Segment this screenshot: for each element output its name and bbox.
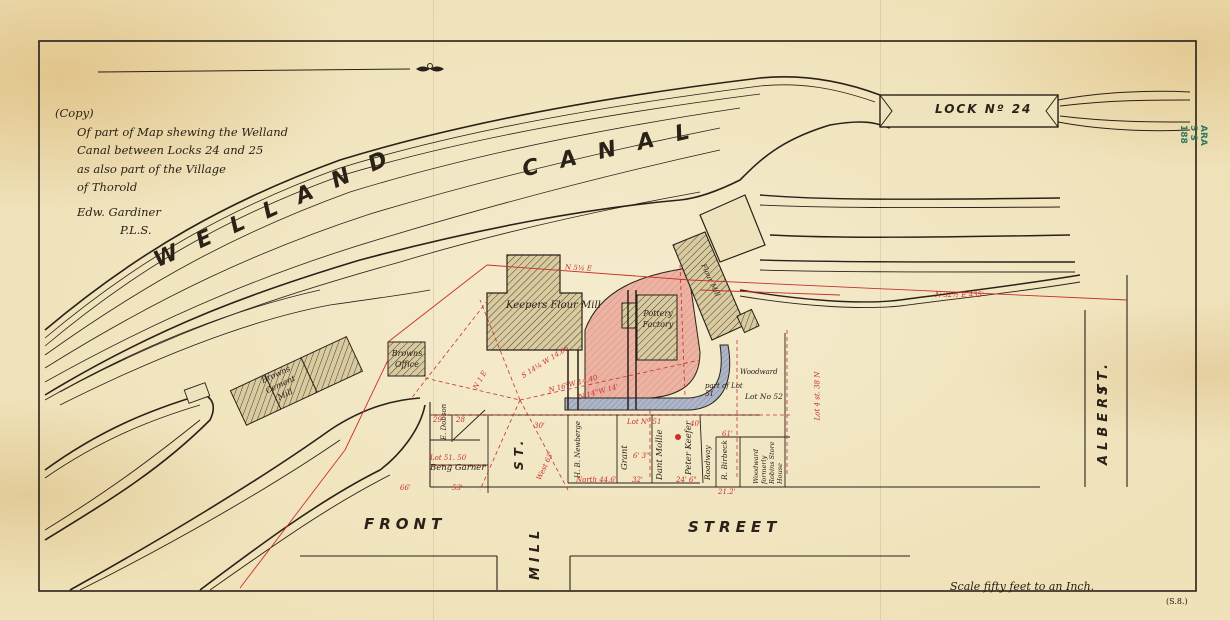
- dimension-label: 29: [433, 416, 442, 424]
- lot-woodward: Woodward formerly Robins Store House: [752, 439, 784, 484]
- pottery-factory-label: Pottery Factory: [642, 308, 674, 330]
- lot-grant: Grant: [620, 445, 630, 470]
- scale-note: Scale fifty feet to an Inch.: [950, 580, 1094, 593]
- lot-beng-garner: Beng Garner: [430, 463, 485, 473]
- front-street-label: FRONT: [364, 515, 446, 533]
- title-copy: (Copy): [55, 104, 288, 123]
- race-channels: [700, 195, 1080, 308]
- title-line: Of part of Map shewing the Welland: [55, 123, 288, 142]
- corner-note: (S.8.): [1166, 597, 1188, 606]
- dimension-label: 6' 3": [633, 452, 649, 460]
- dimension-label: 40': [690, 420, 701, 428]
- dimension-label: 28: [456, 416, 465, 424]
- browns-office-label: Browns Office: [389, 348, 425, 370]
- lot-r-birbeck: R. Birbeck: [720, 440, 729, 480]
- albert-st-abbrev: ST.: [1096, 359, 1111, 395]
- dimension-label: 21.2': [718, 488, 736, 496]
- map-drawing: [0, 0, 1230, 620]
- dimension-label: 24' 6": [676, 476, 697, 484]
- lock-24: [880, 91, 1190, 130]
- lot-peter-keefer: Peter Keefer: [684, 421, 694, 475]
- keepers-flour-mill-label: Keepers Flour Mill: [506, 300, 566, 311]
- dimension-label: 32': [632, 476, 643, 484]
- street-label: STREET: [688, 518, 781, 536]
- lot-dant-mollie: Dant Mollie: [655, 430, 665, 480]
- title-line: as also part of the Village: [55, 160, 288, 179]
- dimension-label: 61': [722, 430, 733, 438]
- dimension-label: 53': [452, 484, 463, 492]
- archive-stamp: ARA 5 S 188: [1178, 125, 1208, 147]
- dimension-label: Lot 4 st. 38 N: [813, 372, 821, 421]
- lot-b-newberge: H. B. Newberge: [574, 421, 582, 478]
- survey-marker: [675, 434, 681, 440]
- dimension-label: Lot 51. 50: [430, 454, 466, 462]
- bearing-label: N 5¼ E: [565, 263, 592, 272]
- bearing-label: N 32½ E 435': [935, 291, 984, 299]
- lot-52-label: Lot No 52: [745, 392, 783, 401]
- ornament-icon: [416, 64, 444, 72]
- bearing-label: North 44.6": [576, 476, 618, 484]
- title-line: Canal between Locks 24 and 25: [55, 141, 288, 160]
- lock-24-label: LOCK Nº 24: [935, 102, 1032, 116]
- title-line: of Thorold: [55, 178, 288, 197]
- mill-st-abbrev: ST.: [512, 436, 526, 470]
- lot-roadway: Roadway: [703, 445, 712, 480]
- mill-street-label: MILL: [528, 526, 543, 580]
- lot-51-label: Lot Nº 51: [627, 418, 661, 426]
- dimension-label: 30': [534, 422, 545, 430]
- part-lot-51-label: part of Lot 51: [705, 382, 745, 398]
- dimension-label: 66': [400, 484, 411, 492]
- lower-canal-branches: [45, 383, 425, 590]
- woodward-label: Woodward: [740, 368, 778, 376]
